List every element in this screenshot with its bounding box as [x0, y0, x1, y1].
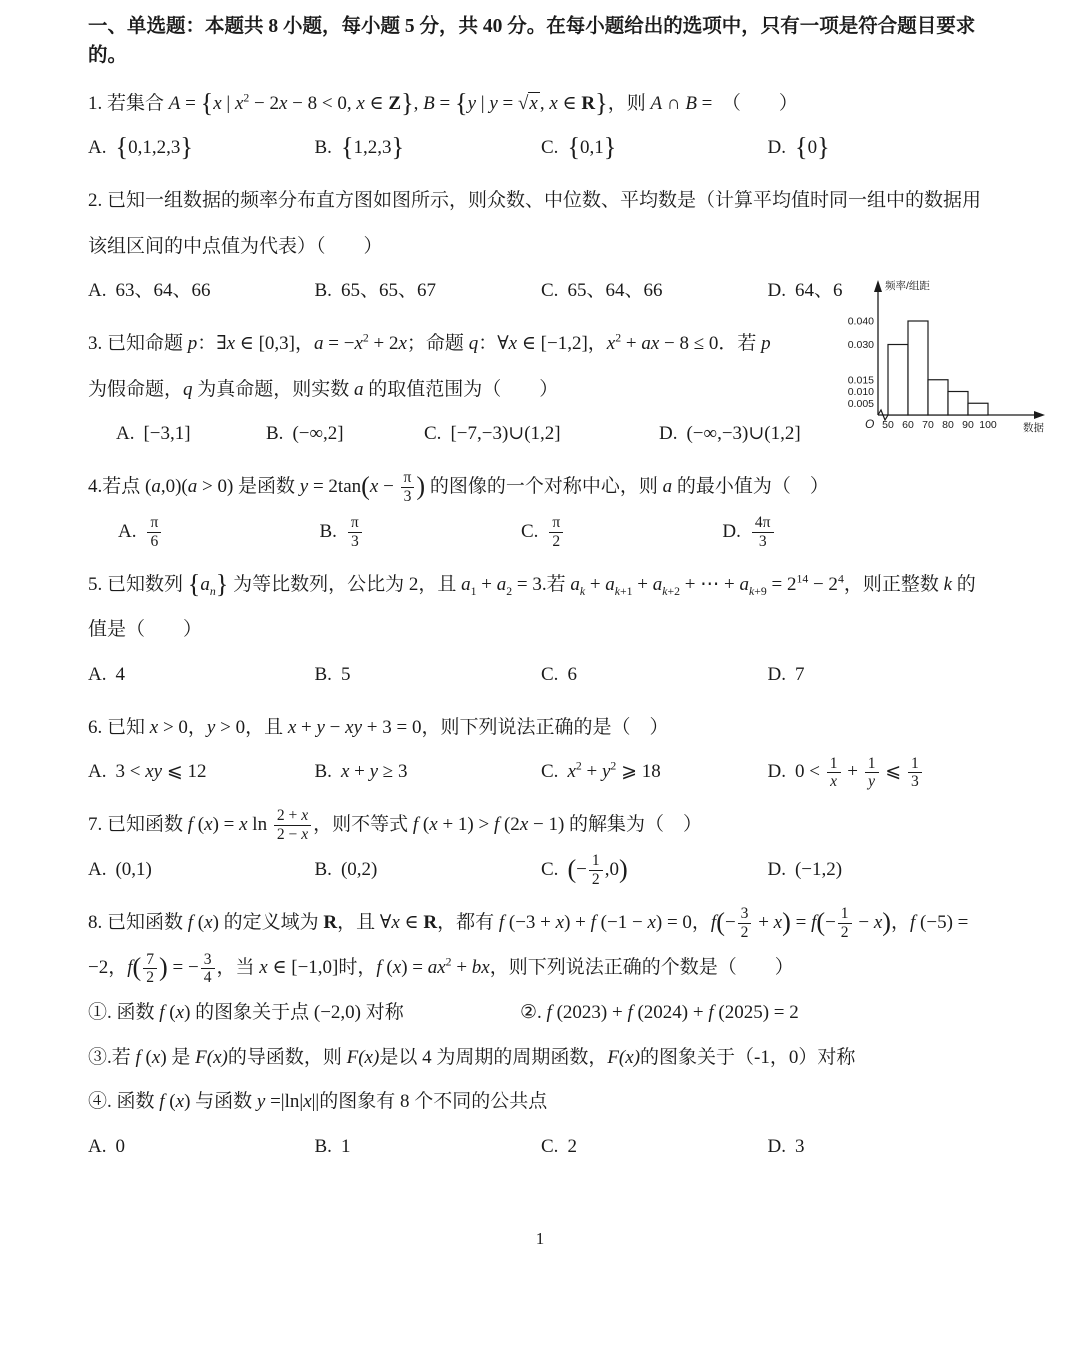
- question-7-option-a: A.(0,1): [88, 850, 315, 890]
- question-6-stem: 6. 已知 x > 0，y > 0，且 x + y − xy + 3 = 0，则…: [88, 705, 994, 751]
- section-header: 一、单选题：本题共 8 小题，每小题 5 分，共 40 分。在每小题给出的选项中…: [88, 12, 994, 71]
- question-7: 7. 已知函数 f (x) = x ln 2 + x2 − x，则不等式 f (…: [88, 802, 994, 889]
- question-5-option-a: A.4: [88, 655, 315, 695]
- question-1-options: A.{0,1,2,3} B.{1,2,3} C.{0,1} D.{0}: [88, 128, 994, 168]
- question-4-option-a: A.π6: [118, 512, 319, 552]
- svg-text:0.040: 0.040: [848, 316, 874, 328]
- svg-text:70: 70: [922, 419, 934, 431]
- question-2-stem: 2. 已知一组数据的频率分布直方图如图所示，则众数、中位数、平均数是（计算平均值…: [88, 178, 994, 269]
- question-6-options: A.3 < xy ⩽ 12 B.x + y ≥ 3 C.x2 + y2 ⩾ 18…: [88, 752, 994, 792]
- question-8: 8. 已知函数 f (x) 的定义域为 R，且 ∀x ∈ R，都有 f (−3 …: [88, 900, 994, 1167]
- question-1-stem: 1. 若集合 A = {x | x2 − 2x − 8 < 0, x ∈ Z},…: [88, 81, 994, 127]
- question-1-option-d: D.{0}: [768, 128, 995, 168]
- question-4-option-b: B.π3: [319, 512, 520, 552]
- question-5-option-d: D.7: [768, 655, 995, 695]
- question-3-option-c: C.[−7,−3)∪(1,2]: [424, 414, 659, 454]
- statement-row-2: ③.若 f (x) 是 F(x)的导函数，则 F(x)是以 4 为周期的周期函数…: [88, 1036, 994, 1081]
- question-5: 5. 已知数列 {an} 为等比数列，公比为 2，且 a1 + a2 = 3.若…: [88, 562, 994, 695]
- statement-2: ②. f (2023) + f (2024) + f (2025) = 2: [520, 991, 994, 1036]
- svg-text:0.010: 0.010: [848, 386, 874, 398]
- svg-text:0.005: 0.005: [848, 398, 874, 410]
- question-6-option-d: D.0 < 1x + 1y ⩽ 13: [768, 752, 995, 792]
- question-5-option-c: C.6: [541, 655, 768, 695]
- statement-4: ④. 函数 f (x) 与函数 y =|ln|x||的图象有 8 个不同的公共点: [88, 1080, 547, 1125]
- statement-row-1: ①. 函数 f (x) 的图象关于点 (−2,0) 对称 ②. f (2023)…: [88, 991, 994, 1036]
- question-7-option-c: C.(−12,0): [541, 850, 768, 890]
- question-8-option-d: D.3: [768, 1127, 995, 1167]
- statement-1: ①. 函数 f (x) 的图象关于点 (−2,0) 对称: [88, 991, 520, 1036]
- question-2-option-a: A.63、64、66: [88, 271, 315, 311]
- svg-text:50: 50: [882, 419, 894, 431]
- page-number: 1: [0, 1229, 1080, 1249]
- svg-text:60: 60: [902, 419, 914, 431]
- question-4-stem: 4.若点 (a,0)(a > 0) 是函数 y = 2tan(x − π3) 的…: [88, 464, 994, 510]
- question-6-option-a: A.3 < xy ⩽ 12: [88, 752, 315, 792]
- svg-text:100: 100: [979, 419, 997, 431]
- svg-text:90: 90: [962, 419, 974, 431]
- statement-3: ③.若 f (x) 是 F(x)的导函数，则 F(x)是以 4 为周期的周期函数…: [88, 1036, 855, 1081]
- svg-text:频率/组距: 频率/组距: [885, 279, 930, 292]
- question-5-options: A.4 B.5 C.6 D.7: [88, 655, 994, 695]
- question-1-option-b: B.{1,2,3}: [315, 128, 542, 168]
- question-6-option-b: B.x + y ≥ 3: [315, 752, 542, 792]
- question-7-options: A.(0,1) B.(0,2) C.(−12,0) D.(−1,2): [88, 850, 994, 890]
- question-1-option-c: C.{0,1}: [541, 128, 768, 168]
- question-7-option-b: B.(0,2): [315, 850, 542, 890]
- svg-text:0.030: 0.030: [848, 339, 874, 351]
- question-8-option-a: A.0: [88, 1127, 315, 1167]
- question-7-option-d: D.(−1,2): [768, 850, 995, 890]
- svg-text:0.015: 0.015: [848, 374, 874, 386]
- question-8-stem: 8. 已知函数 f (x) 的定义域为 R，且 ∀x ∈ R，都有 f (−3 …: [88, 900, 994, 991]
- question-4-option-d: D.4π3: [722, 512, 923, 552]
- question-1-option-a: A.{0,1,2,3}: [88, 128, 315, 168]
- question-4: 4.若点 (a,0)(a > 0) 是函数 y = 2tan(x − π3) 的…: [88, 464, 994, 551]
- question-3-option-a: A.[−3,1]: [116, 414, 266, 454]
- question-8-option-c: C.2: [541, 1127, 768, 1167]
- question-3: 0.0050.0100.0150.0300.0405060708090100频率…: [88, 321, 994, 454]
- question-8-options: A.0 B.1 C.2 D.3: [88, 1127, 994, 1167]
- question-5-option-b: B.5: [315, 655, 542, 695]
- question-5-stem: 5. 已知数列 {an} 为等比数列，公比为 2，且 a1 + a2 = 3.若…: [88, 562, 994, 653]
- svg-text:O: O: [865, 417, 874, 431]
- question-3-option-b: B.(−∞,2]: [266, 414, 424, 454]
- exam-page: 一、单选题：本题共 8 小题，每小题 5 分，共 40 分。在每小题给出的选项中…: [0, 0, 1080, 1353]
- svg-text:数据: 数据: [1023, 421, 1045, 434]
- frequency-histogram: 0.0050.0100.0150.0300.0405060708090100频率…: [842, 275, 1048, 445]
- question-4-option-c: C.π2: [521, 512, 722, 552]
- question-8-statements: ①. 函数 f (x) 的图象关于点 (−2,0) 对称 ②. f (2023)…: [88, 991, 994, 1125]
- question-4-options: A.π6 B.π3 C.π2 D.4π3: [88, 512, 994, 552]
- svg-text:80: 80: [942, 419, 954, 431]
- question-6-option-c: C.x2 + y2 ⩾ 18: [541, 752, 768, 792]
- question-7-stem: 7. 已知函数 f (x) = x ln 2 + x2 − x，则不等式 f (…: [88, 802, 994, 848]
- statement-row-3: ④. 函数 f (x) 与函数 y =|ln|x||的图象有 8 个不同的公共点: [88, 1080, 994, 1125]
- question-8-option-b: B.1: [315, 1127, 542, 1167]
- question-6: 6. 已知 x > 0，y > 0，且 x + y − xy + 3 = 0，则…: [88, 705, 994, 792]
- question-2-option-b: B.65、65、67: [315, 271, 542, 311]
- question-1: 1. 若集合 A = {x | x2 − 2x − 8 < 0, x ∈ Z},…: [88, 81, 994, 168]
- question-2-option-c: C.65、64、66: [541, 271, 768, 311]
